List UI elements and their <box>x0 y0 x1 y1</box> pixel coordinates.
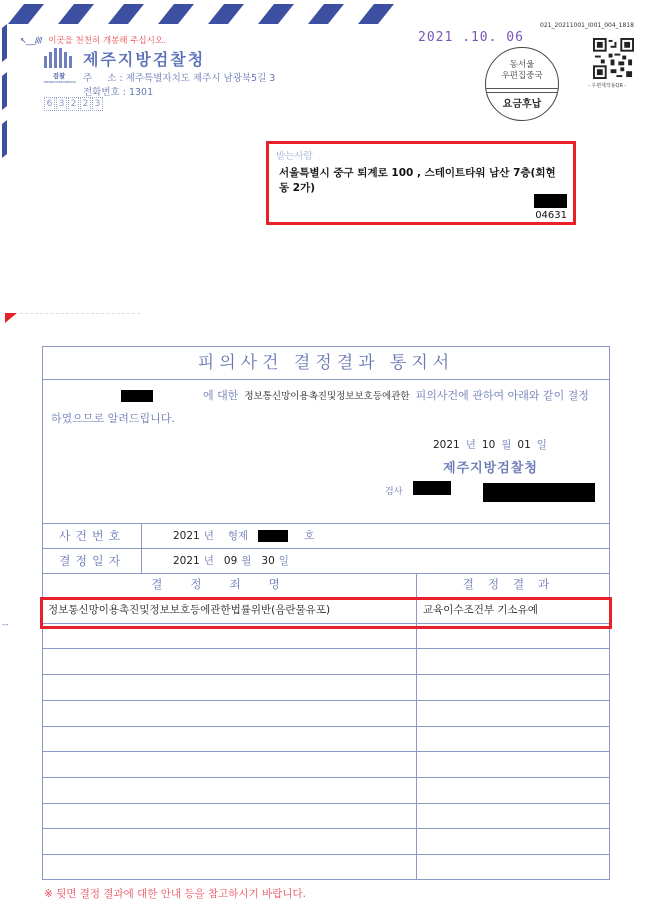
table-row <box>43 803 609 829</box>
header-result: 결정결과 <box>417 573 609 596</box>
page-corner-mark <box>5 313 17 323</box>
highlight-box <box>40 597 612 629</box>
sender-postcode: 6 3 2 2 3 <box>44 97 103 111</box>
recipient-name-redaction <box>534 194 567 208</box>
header-charge: 결정죄명 <box>43 573 416 596</box>
sender-address: 주 소 : 제주특별자치도 제주시 남광북5길 3 <box>83 70 275 84</box>
open-hint: ↖___//// 이곳을 천천히 개봉해 주십시오. <box>20 34 166 46</box>
case-number-redaction <box>258 530 288 542</box>
intro-text: 에 대한정보통신망이용촉진및정보보호등에관한피의사건에 관하여 아래와 같이 결… <box>51 385 599 430</box>
table-row <box>43 751 609 777</box>
tear-arrow-icon: ↖___//// <box>20 36 41 45</box>
table-row <box>43 777 609 803</box>
form-title: 피의사건 결정결과 통지서 <box>43 347 609 380</box>
airmail-stripe-left <box>0 20 14 180</box>
airmail-stripe-top <box>0 0 420 24</box>
table-row <box>43 648 609 674</box>
qr-caption: - 우편제작용QR - <box>588 82 626 89</box>
send-date: 2021 .10. 06 <box>418 30 524 45</box>
prosecutor-name-redaction <box>413 481 451 495</box>
postage-stamp: 동서울우편집중국 요금후납 <box>485 47 559 121</box>
prosecutor-label: 검사 <box>385 484 402 497</box>
qr-code-icon <box>593 38 634 79</box>
decision-table-header: 결정죄명 결정결과 <box>43 573 609 596</box>
sender-tel: 전화번호 : 1301 <box>83 84 153 98</box>
table-row <box>43 674 609 700</box>
logo-bars-icon <box>44 48 74 68</box>
margin-mark: -- <box>2 620 9 630</box>
footnote: ※ 뒷면 결정 결과에 대한 안내 등을 참고하시기 바랍니다. <box>44 886 306 901</box>
table-row <box>43 700 609 726</box>
sender-name: 제주지방검찰청 <box>83 47 205 70</box>
recipient-label: 받는사람 <box>276 148 313 162</box>
issue-date: 2021년10월01일 <box>433 437 553 452</box>
table-row <box>43 726 609 752</box>
issuing-office: 제주지방검찰청 <box>443 457 538 476</box>
table-row <box>43 828 609 854</box>
seal-redaction <box>483 483 595 502</box>
table-row <box>43 854 609 880</box>
prosecution-logo: 검찰 PROSECUTION SERVICE <box>44 48 74 84</box>
suspect-name-redaction <box>121 390 153 402</box>
document-code: 021_20211001_I001_004_1818 <box>540 22 634 29</box>
decision-date-row: 결정일자 2021년09월30일 <box>43 549 609 574</box>
fold-line <box>20 313 140 316</box>
recipient-box: 받는사람 서울특별시 중구 퇴계로 100 , 스테이트타워 남산 7층(회현동… <box>266 141 576 225</box>
recipient-zip: 04631 <box>535 210 567 221</box>
recipient-address: 서울특별시 중구 퇴계로 100 , 스테이트타워 남산 7층(회현동 2가) <box>279 166 563 196</box>
case-number-row: 사건번호 2021년형제호 <box>43 524 609 549</box>
